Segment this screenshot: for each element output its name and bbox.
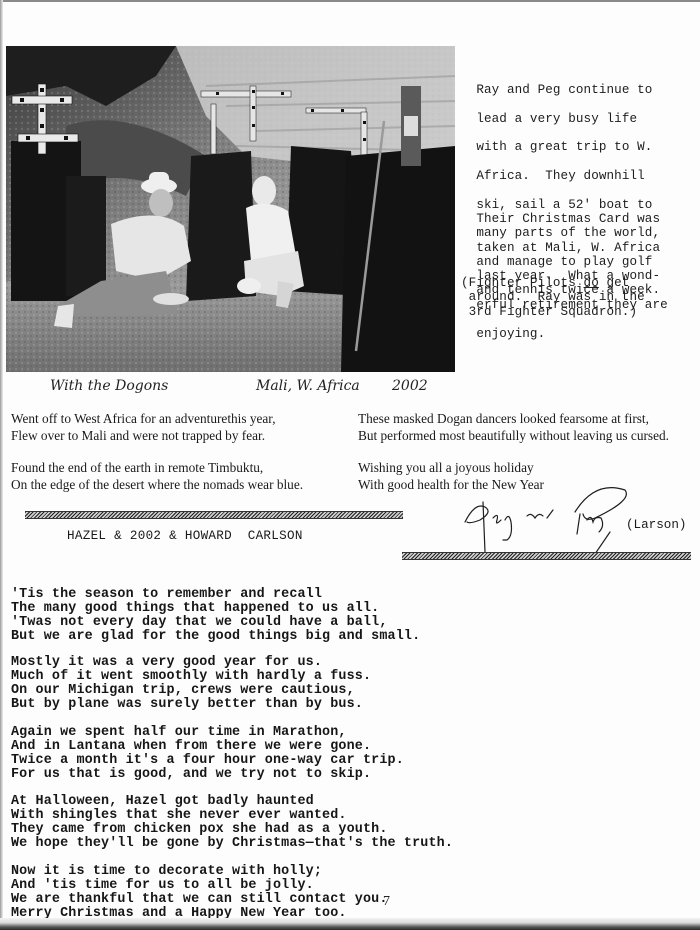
note-line: lead a very busy life — [476, 112, 637, 126]
note-text: get — [599, 276, 630, 290]
poem-line: Flew over to Mali and were not trapped b… — [11, 428, 265, 443]
larson-poem-left-stanza-2: Found the end of the earth in remote Tim… — [11, 459, 303, 493]
poem-line: Found the end of the earth in remote Tim… — [11, 460, 263, 475]
carlson-stanza-5: Now it is time to decorate with holly;An… — [11, 836, 388, 930]
poem-line: But performed most beautifully without l… — [358, 428, 669, 443]
dogon-photo — [6, 46, 455, 372]
poem-line: Mostly it was a very good year for us. — [11, 656, 371, 670]
larson-note-paragraph-2: Their Christmas Card was taken at Mali, … — [461, 198, 697, 341]
poem-line: 'Tis the season to remember and recall — [11, 588, 420, 602]
larson-note-paragraph-3: (Fighter Pilots do get around. Ray was i… — [461, 276, 697, 319]
signature-surname: (Larson) — [626, 518, 686, 532]
poem-line: The many good things that happened to us… — [11, 602, 420, 616]
poem-line: Wishing you all a joyous holiday — [358, 460, 534, 475]
larson-poem-left-stanza-1: Went off to West Africa for an adventure… — [11, 410, 276, 444]
note-line: taken at Mali, W. Africa — [476, 241, 660, 255]
note-line: 3rd Fighter Squadron.) — [461, 305, 637, 319]
note-line: enjoying. — [476, 327, 545, 341]
poem-line: Went off to West Africa for an adventure… — [11, 411, 276, 426]
note-line: Their Christmas Card was — [476, 212, 660, 226]
handwritten-signature — [455, 482, 635, 552]
poem-line: On the edge of the desert where the noma… — [11, 477, 303, 492]
poem-line: And in Lantana when from there we were g… — [11, 740, 404, 754]
photo-caption-year: 2002 — [392, 378, 428, 394]
photo-image — [6, 46, 455, 372]
photo-caption-place: Mali, W. Africa — [256, 378, 360, 394]
page-left-edge — [0, 0, 3, 930]
carlson-section-title: HAZEL & 2002 & HOWARD CARLSON — [67, 529, 303, 543]
poem-line: Now it is time to decorate with holly; — [11, 865, 388, 879]
larson-poem-right-stanza-1: These masked Dogan dancers looked fearso… — [358, 410, 669, 444]
page-top-edge — [0, 0, 700, 2]
poem-line: We are thankful that we can still contac… — [11, 893, 388, 907]
poem-line: With shingles that she never ever wanted… — [11, 809, 453, 823]
note-line: around. Ray was in the — [461, 290, 645, 304]
poem-line: These masked Dogan dancers looked fearso… — [358, 411, 649, 426]
section-divider-right — [402, 552, 691, 560]
note-line: Ray and Peg continue to — [476, 83, 652, 97]
note-line: with a great trip to W. — [476, 140, 652, 154]
note-line: Africa. They downhill — [476, 169, 644, 183]
page-number: 7 — [383, 894, 390, 910]
poem-line: Again we spent half our time in Marathon… — [11, 726, 404, 740]
poem-line: Much of it went smoothly with hardly a f… — [11, 670, 371, 684]
poem-line: And 'tis time for us to all be jolly. — [11, 879, 388, 893]
photo-caption-subject: With the Dogons — [50, 378, 168, 394]
poem-line: At Halloween, Hazel got badly haunted — [11, 795, 453, 809]
note-emphasis: do — [584, 276, 599, 290]
section-divider-left — [25, 511, 403, 519]
page-bottom-edge — [0, 918, 700, 930]
note-text: (Fighter Pilots — [461, 276, 584, 290]
